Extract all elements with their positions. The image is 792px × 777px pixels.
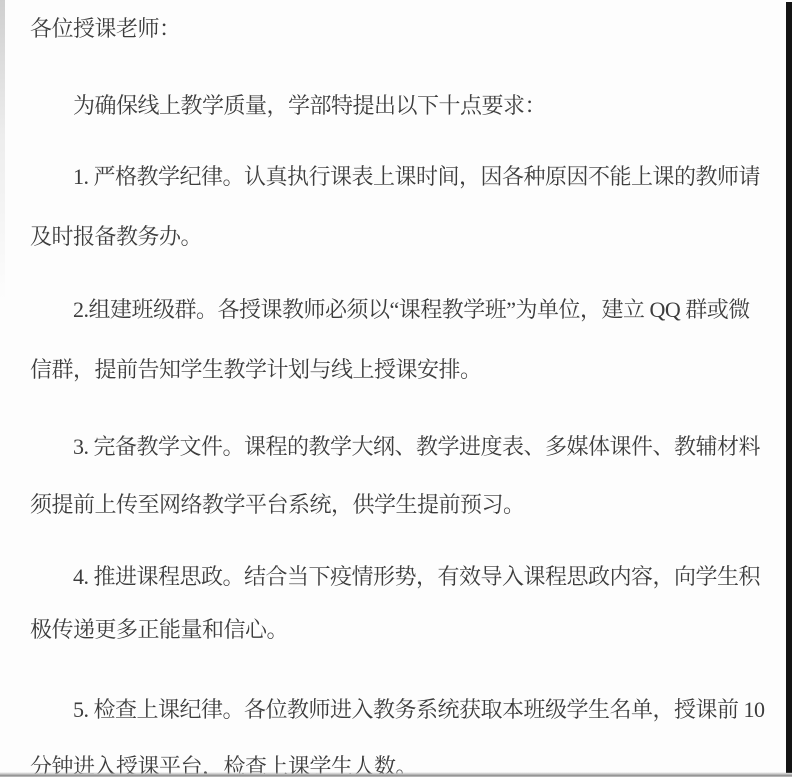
scan-right-edge-artifact <box>786 2 792 773</box>
item1-line2: 及时报备教务办。 <box>30 224 202 249</box>
salutation-line: 各位授课老师： <box>30 16 181 41</box>
item4-line2: 极传递更多正能量和信心。 <box>30 617 288 642</box>
item2-line1: 2.组建班级群。各授课教师必须以“课程教学班”为单位，建立 QQ 群或微 <box>73 297 750 322</box>
item3-line1: 3. 完备教学文件。课程的教学大纲、教学进度表、多媒体课件、教辅材料 <box>73 434 760 459</box>
item1-line1: 1. 严格教学纪律。认真执行课表上课时间，因各种原因不能上课的教师请 <box>73 164 760 189</box>
item2-line2: 信群，提前告知学生教学计划与线上授课安排。 <box>30 357 482 382</box>
item5-line1: 5. 检查上课纪律。各位教师进入教务系统获取本班级学生名单，授课前 10 <box>73 697 765 722</box>
document-page: 各位授课老师： 为确保线上教学质量，学部特提出以下十点要求： 1. 严格教学纪律… <box>0 0 792 777</box>
intro-line: 为确保线上教学质量，学部特提出以下十点要求： <box>73 93 546 118</box>
item4-line1: 4. 推进课程思政。结合当下疫情形势，有效导入课程思政内容，向学生积 <box>73 564 760 589</box>
item3-line2: 须提前上传至网络教学平台系统，供学生提前预习。 <box>30 492 525 517</box>
scan-bottom-edge-artifact <box>0 772 792 777</box>
scan-left-shade-artifact <box>0 0 5 300</box>
